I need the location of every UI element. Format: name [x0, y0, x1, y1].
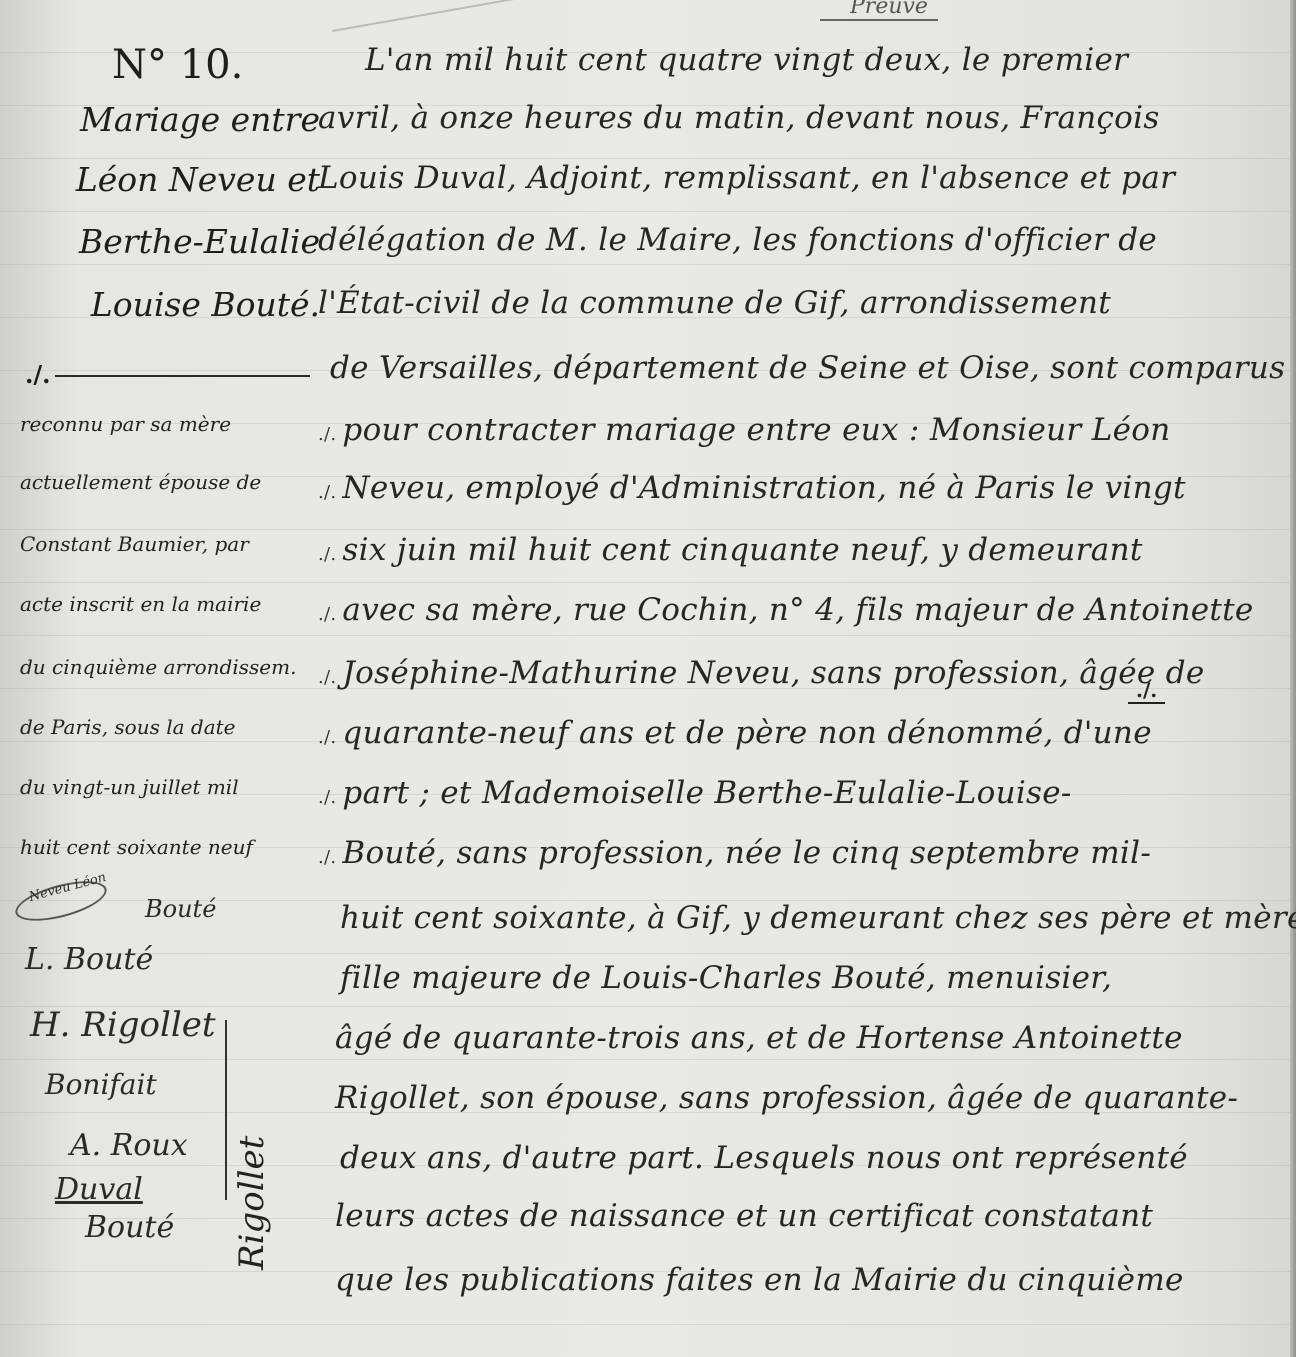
margin-note-line: Constant Baumier, par	[20, 532, 330, 556]
margin-note-line: acte inscrit en la mairie	[20, 592, 330, 616]
signature-rigollet-vertical: Rigollet	[232, 1136, 272, 1270]
body-line-with-mark: ./.six juin mil huit cent cinquante neuf…	[318, 532, 1288, 568]
signature-line	[225, 1020, 227, 1200]
top-annotation: Preuve	[820, 0, 938, 21]
margin-column: N° 10. Mariage entre Léon Neveu et Berth…	[0, 0, 320, 1357]
reference-mark: ./.	[318, 727, 336, 748]
margin-note-line: actuellement épouse de	[20, 470, 330, 494]
signature-boute: Bouté	[145, 895, 216, 923]
register-page: Preuve N° 10. Mariage entre Léon Neveu e…	[0, 0, 1296, 1357]
body-line: Louis Duval, Adjoint, remplissant, en l'…	[318, 160, 1288, 196]
body-line-with-mark: ./.pour contracter mariage entre eux : M…	[318, 412, 1288, 448]
signature-bonifait: Bonifait	[45, 1068, 157, 1101]
body-line-with-mark: ./.Bouté, sans profession, née le cinq s…	[318, 835, 1288, 871]
body-line: l'État-civil de la commune de Gif, arron…	[318, 285, 1288, 321]
reference-mark: ./.	[318, 424, 336, 445]
margin-title-line: Berthe-Eulalie	[20, 222, 320, 261]
body-line: de Versailles, département de Seine et O…	[330, 350, 1296, 386]
body-line: deux ans, d'autre part. Lesquels nous on…	[340, 1140, 1296, 1176]
margin-note-line: huit cent soixante neuf	[20, 835, 330, 859]
margin-note-line: du cinquième arrondissem.	[20, 655, 330, 679]
body-line-with-mark: ./.avec sa mère, rue Cochin, n° 4, fils …	[318, 592, 1288, 628]
body-line: leurs actes de naissance et un certifica…	[335, 1198, 1296, 1234]
signature-h-rigollet: H. Rigollet	[30, 1005, 216, 1045]
margin-title-line: Louise Bouté.	[20, 285, 320, 324]
margin-note-line: reconnu par sa mère	[20, 412, 330, 436]
body-line-with-mark: ./.part ; et Mademoiselle Berthe-Eulalie…	[318, 775, 1288, 811]
top-flourish	[332, 0, 628, 32]
margin-note-line: du vingt-un juillet mil	[20, 775, 330, 799]
body-line: délégation de M. le Maire, les fonctions…	[318, 222, 1288, 258]
signature-a-roux: A. Roux	[70, 1128, 188, 1163]
reference-mark: ./.	[318, 482, 336, 503]
body-line: avril, à onze heures du matin, devant no…	[318, 100, 1288, 136]
reference-mark: ./.	[318, 667, 336, 688]
divider-line	[55, 375, 310, 377]
reference-mark: ./.	[318, 544, 336, 565]
insertion-mark: ./.	[1128, 678, 1165, 704]
margin-title-line: Mariage entre	[20, 100, 320, 139]
body-line: huit cent soixante, à Gif, y demeurant c…	[340, 900, 1296, 936]
body-line-with-mark: ./.Neveu, employé d'Administration, né à…	[318, 470, 1288, 506]
margin-title-line: Léon Neveu et	[20, 160, 320, 199]
reference-mark: ./.	[318, 847, 336, 868]
body-line: âgé de quarante-trois ans, et de Hortens…	[335, 1020, 1296, 1056]
body-line: que les publications faites en la Mairie…	[335, 1262, 1296, 1298]
body-line: L'an mil huit cent quatre vingt deux, le…	[365, 42, 1296, 78]
body-line-with-mark: ./.quarante-neuf ans et de père non déno…	[318, 715, 1288, 751]
signature-l-boute: L. Bouté	[25, 942, 153, 977]
reference-mark: ./.	[318, 604, 336, 625]
reference-mark: ./.	[318, 787, 336, 808]
body-line: fille majeure de Louis-Charles Bouté, me…	[340, 960, 1296, 996]
divider-mark: ./.	[25, 360, 50, 389]
signature-boute-2: Bouté	[85, 1210, 174, 1245]
body-line: Rigollet, son épouse, sans profession, â…	[335, 1080, 1296, 1116]
act-number: N° 10.	[112, 42, 243, 88]
signature-duval: Duval	[55, 1172, 143, 1207]
margin-note-line: de Paris, sous la date	[20, 715, 330, 739]
